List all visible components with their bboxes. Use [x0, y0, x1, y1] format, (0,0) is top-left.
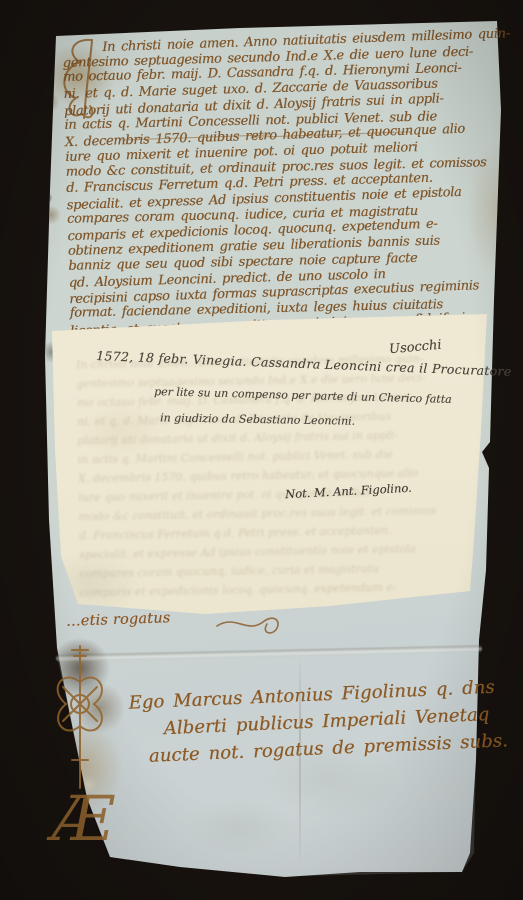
notary-monogram: Æ: [46, 782, 115, 848]
archive-photo: In christi noie amen. Anno natiuitatis e…: [0, 0, 523, 900]
pen-flourish-icon: [215, 610, 285, 638]
latin-text-block: In christi noie amen. Anno natiuitatis e…: [62, 28, 507, 354]
notary-subscription-block: Ego Marcus Antonius Figolinus q. dns Alb…: [122, 673, 505, 770]
showthrough-text: In christi noie amen. Anno natiuitatis e…: [76, 349, 465, 603]
